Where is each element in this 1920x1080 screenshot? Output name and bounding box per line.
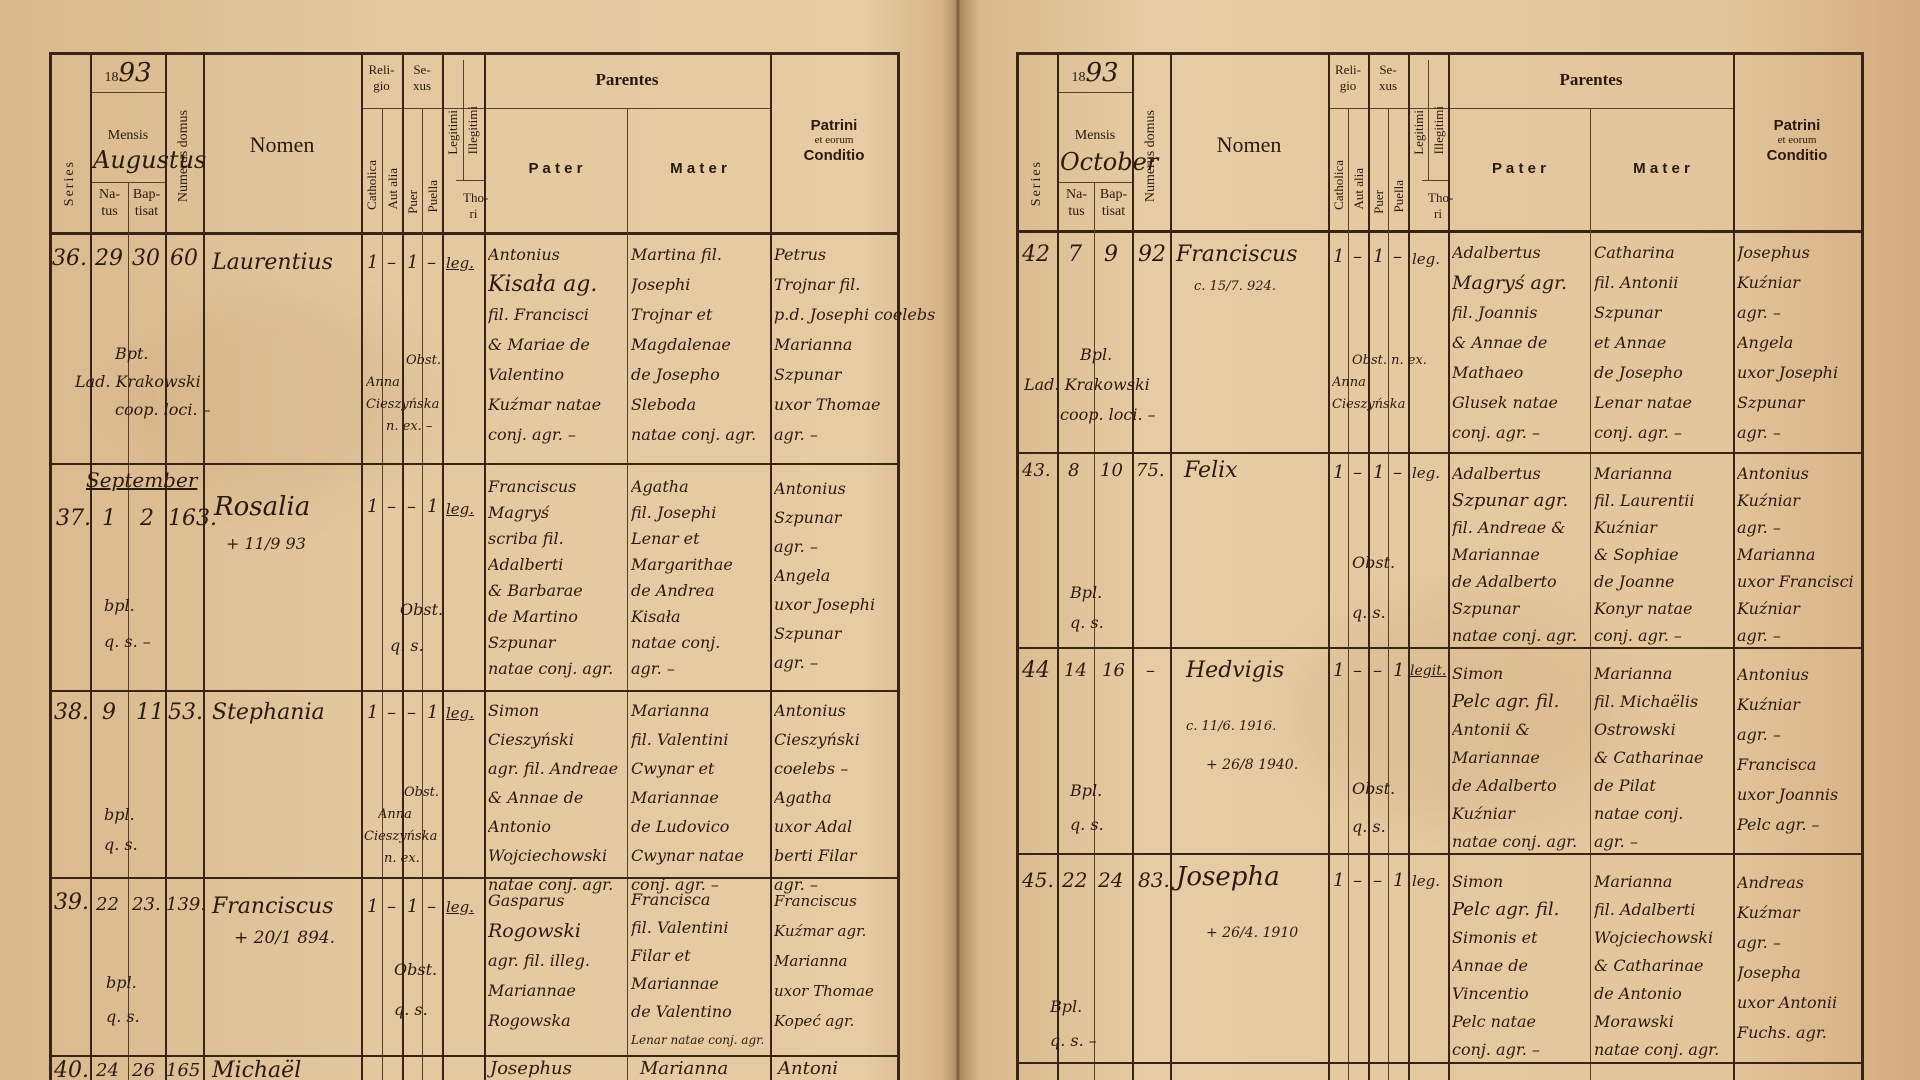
year-prefix: 18 <box>1071 70 1085 85</box>
entry-puer: 1 <box>407 898 418 916</box>
col-rule <box>1328 52 1330 1080</box>
header-mater: M a t e r <box>627 160 770 177</box>
col-rule <box>442 52 444 1080</box>
entry-mater: Catharinafil. AntoniiSzpunaret Annaede J… <box>1594 238 1692 448</box>
col-rule <box>1348 108 1349 1080</box>
header-sexus: Se-xus <box>1368 62 1408 94</box>
entry-mater: Mariannafil. ValentiniCwynar etMariannae… <box>631 696 744 899</box>
header-natus: Na-tus <box>1058 186 1095 220</box>
entry-aut-alia: – <box>1353 248 1362 266</box>
entry-patrini: AntoniusCieszyńskicoelebs –Agathauxor Ad… <box>774 696 860 899</box>
entry-catholica: 1 <box>1333 872 1344 890</box>
header-numerus-domus: Numerus domus <box>1143 110 1159 202</box>
col-rule <box>770 52 772 1080</box>
header-parentes: Parentes <box>1448 70 1734 90</box>
entry-baptizer: Bpl.Lad. Krakowskicoop. loci. – <box>1080 340 1156 430</box>
entry-puer: – <box>407 498 416 516</box>
entry-confirmation-note: c. 15/7. 924. <box>1194 280 1276 293</box>
entry-obstetrix: Obst.q. s. <box>394 950 437 1030</box>
book-gutter <box>955 0 961 1080</box>
entry-natus: 7 <box>1068 244 1082 266</box>
entry-domus: – <box>1146 662 1155 680</box>
entry-natus: 1 <box>102 508 116 530</box>
entry-baptisat: 24 <box>1098 870 1123 890</box>
entry-obstetrix: Obst. n. ex.AnnaCieszyńska <box>1332 350 1427 416</box>
entry-natus: 24 <box>96 1062 119 1080</box>
entry-puella: 1 <box>427 704 438 722</box>
entry-series: 36. <box>52 248 87 270</box>
header-illegitimi: Illegitimi <box>1431 106 1447 154</box>
col-rule <box>361 52 363 1080</box>
row-rule <box>49 877 900 879</box>
entry-mater: Mariannafil. MichaëlisOstrowski& Cathari… <box>1594 660 1703 856</box>
header-pater: P a t e r <box>1448 160 1590 177</box>
entry-baptisat: 23. <box>132 896 161 914</box>
row-rule <box>1016 452 1864 454</box>
entry-baptisat: 16 <box>1102 662 1125 680</box>
header-religio: Reli-gio <box>361 62 402 94</box>
col-rule <box>1733 52 1735 1080</box>
header-baptisat: Bap-tisat <box>1095 186 1132 220</box>
entry-baptisat: 2 <box>140 508 154 530</box>
entry-patrini: AntoniusSzpunaragr. –Angelauxor JosephiS… <box>774 474 875 677</box>
entry-death-note: + 26/8 1940. <box>1206 758 1298 772</box>
entry-puella: 1 <box>1393 872 1404 890</box>
entry-series: 43. <box>1022 462 1051 480</box>
header-aut-alia: Aut alia <box>385 168 401 210</box>
mensis-rule <box>1058 182 1132 183</box>
parentes-rule <box>1448 108 1734 109</box>
entry-aut-alia: – <box>1353 464 1362 482</box>
entry-catholica: 1 <box>367 898 378 916</box>
entry-patrini: FranciscusKuźmar agr.Mariannauxor Thomae… <box>774 886 874 1036</box>
entry-death-note: + 20/1 894. <box>234 930 335 947</box>
entry-baptizer: bpl.q. s. – <box>104 588 151 660</box>
entry-patrini: JosephusKuźniaragr. –Angelauxor JosephiS… <box>1737 238 1838 448</box>
thori-rule <box>456 180 484 181</box>
entry-patrini: AntoniusKuźniaragr. –Franciscauxor Joann… <box>1737 660 1838 840</box>
header-year: 1893 <box>91 60 165 86</box>
entry-patrini: AntoniusKuźniaragr. –Mariannauxor Franci… <box>1737 460 1854 649</box>
entry-domus: 75. <box>1136 462 1165 480</box>
entry-nomen: Rosalia <box>214 494 310 520</box>
entry-mater: Marianna <box>640 1060 728 1078</box>
header-sexus: Se-xus <box>402 62 442 94</box>
header-puella: Puella <box>1391 180 1407 213</box>
entry-puer: – <box>1373 872 1382 890</box>
entry-pater: GasparusRogowskiagr. fil. illeg.Marianna… <box>488 886 590 1036</box>
header-patrini: Patrini et eorum Conditio <box>770 118 898 163</box>
col-rule <box>382 108 383 1080</box>
entry-domus: 60 <box>170 248 198 270</box>
col-rule <box>627 108 628 1080</box>
entry-nomen: Laurentius <box>212 252 333 274</box>
entry-obstetrix: Obst.AnnaCieszyńskan. ex. <box>364 782 439 870</box>
header-parentes: Parentes <box>484 70 770 90</box>
entry-nomen: Franciscus <box>212 896 334 918</box>
entry-pater: FranciscusMagryśscriba fil.Adalberti& Ba… <box>488 474 613 682</box>
entry-domus: 163. <box>168 508 217 530</box>
header-thori: Tho-ri <box>1428 190 1448 222</box>
year-handwritten: 93 <box>118 58 151 88</box>
entry-mater: Martina fil.JosephiTrojnar etMagdalenaed… <box>631 240 768 450</box>
entry-mater: Franciscafil. ValentiniFilar etMariannae… <box>631 886 764 1054</box>
entry-pater: AdalbertusSzpunar agr.fil. Andreae &Mari… <box>1452 460 1577 649</box>
col-rule <box>463 60 464 180</box>
entry-natus: 14 <box>1064 662 1087 680</box>
month-marker-september: September <box>86 470 197 490</box>
entry-nomen: Franciscus <box>1176 244 1298 266</box>
entry-baptisat: 26 <box>132 1062 155 1080</box>
header-mensis: Mensis <box>1058 128 1132 144</box>
entry-aut-alia: – <box>1353 662 1362 680</box>
entry-patrini: AndreasKuźmaragr. –Josephauxor AntoniiFu… <box>1737 868 1837 1048</box>
entry-catholica: 1 <box>367 498 378 516</box>
header-puer: Puer <box>1371 190 1387 214</box>
header-thori: Tho-ri <box>463 190 484 222</box>
entry-domus: 165 <box>166 1062 200 1080</box>
entry-obstetrix: Obst.AnnaCieszyńskan. ex. – <box>366 350 441 438</box>
col-rule <box>1428 60 1429 180</box>
entry-nomen: Felix <box>1184 460 1238 482</box>
entry-pater: SimonCieszyńskiagr. fil. Andreae& Annae … <box>488 696 618 899</box>
header-legitimi: Legitimi <box>1411 110 1427 155</box>
entry-baptizer: bpl.q. s. <box>106 966 140 1034</box>
entry-puella: – <box>427 898 436 916</box>
entry-thori: leg. <box>1412 466 1440 481</box>
col-rule <box>1408 52 1410 1080</box>
header-illegitimi: Illegitimi <box>465 106 481 154</box>
header-catholica: Catholica <box>1331 160 1347 210</box>
entry-pater: AntoniusKisała ag.fil. Francisci& Mariae… <box>488 240 625 450</box>
header-nomen: Nomen <box>1170 132 1328 158</box>
entry-nomen: Josepha <box>1176 864 1280 890</box>
entry-thori: leg. <box>1412 874 1440 889</box>
entry-obstetrix: Obst.q. s. <box>1352 538 1395 638</box>
entry-thori: leg. <box>446 900 474 915</box>
header-bottom-rule <box>1016 230 1864 233</box>
header-catholica: Catholica <box>364 160 380 210</box>
entry-puella: – <box>427 254 436 272</box>
entry-natus: 8 <box>1068 462 1079 480</box>
entry-patrini: Antoni <box>778 1060 838 1078</box>
entry-death-note: + 26/4. 1910 <box>1206 926 1298 940</box>
header-religio: Reli-gio <box>1328 62 1368 94</box>
entry-baptizer: Bpt.Lad. Krakowskicoop. loci. – <box>115 340 211 424</box>
thori-rule <box>1422 180 1448 181</box>
entry-puer: 1 <box>1373 248 1384 266</box>
entry-aut-alia: – <box>387 898 396 916</box>
entry-confirmation-note: c. 11/6. 1916. <box>1186 720 1276 733</box>
entry-catholica: 1 <box>367 254 378 272</box>
header-baptisat: Bap-tisat <box>128 186 165 220</box>
entry-thori: leg. <box>446 502 474 517</box>
entry-series: 45. <box>1022 870 1054 890</box>
entry-mater: Mariannafil. LaurentiiKuźniar& Sophiaede… <box>1594 460 1695 649</box>
col-rule <box>484 52 486 1080</box>
entry-aut-alia: – <box>1353 872 1362 890</box>
row-rule <box>1016 853 1864 855</box>
entry-obstetrix: Obst.q. s. <box>390 592 443 664</box>
entry-series: 40. <box>54 1060 89 1080</box>
header-numerus-domus: Numerus domus <box>176 110 192 202</box>
header-patrini: Patrini et eorum Conditio <box>1733 118 1861 163</box>
entry-thori: leg. <box>446 256 474 271</box>
entry-puer: 1 <box>1373 464 1384 482</box>
entry-aut-alia: – <box>387 254 396 272</box>
year-rule <box>91 92 165 93</box>
entry-puer: – <box>1373 662 1382 680</box>
row-rule <box>49 1055 900 1057</box>
entry-baptizer: Bpl.q. s. – <box>1050 990 1097 1058</box>
entry-obstetrix: Obst.q. s. <box>1352 770 1395 846</box>
entry-series: 38. <box>54 702 89 724</box>
entry-baptizer: Bpl.q. s. <box>1070 578 1104 638</box>
entry-puella: – <box>1393 464 1402 482</box>
col-rule <box>1590 108 1591 1080</box>
col-rule <box>1132 52 1134 1080</box>
header-series: Series <box>1029 160 1045 206</box>
entry-natus: 22 <box>1062 870 1087 890</box>
entry-puer: 1 <box>407 254 418 272</box>
year-rule <box>1058 92 1132 93</box>
entry-nomen: Michaël <box>212 1060 301 1080</box>
col-rule <box>1448 52 1450 1080</box>
header-mater: M a t e r <box>1590 160 1733 177</box>
entry-series: 39. <box>54 892 89 914</box>
entry-natus: 22 <box>96 896 119 914</box>
entry-pater: Josephus <box>490 1060 572 1078</box>
entry-puer: – <box>407 704 416 722</box>
header-natus: Na-tus <box>91 186 128 220</box>
col-rule <box>203 52 205 1080</box>
header-puer: Puer <box>405 190 421 214</box>
entry-puella: 1 <box>1393 662 1404 680</box>
header-pater: P a t e r <box>484 160 627 177</box>
entry-series: 44 <box>1022 660 1050 682</box>
row-rule <box>1016 1062 1864 1064</box>
entry-natus: 9 <box>102 702 116 724</box>
entry-baptizer: bpl.q. s. <box>104 800 138 860</box>
entry-mater: Mariannafil. AdalbertiWojciechowski& Cat… <box>1594 868 1719 1064</box>
entry-aut-alia: – <box>387 704 396 722</box>
entry-domus: 139. <box>166 896 206 914</box>
header-year: 1893 <box>1058 60 1132 86</box>
entry-pater: AdalbertusMagryś agr.fil. Joannis& Annae… <box>1452 238 1567 448</box>
entry-baptisat: 30 <box>132 248 160 270</box>
entry-puella: 1 <box>427 498 438 516</box>
entry-domus: 92 <box>1138 244 1166 266</box>
entry-catholica: 1 <box>1333 248 1344 266</box>
header-mensis: Mensis <box>91 128 165 144</box>
entry-patrini: PetrusTrojnar fil.p.d. Josephi coelebsMa… <box>774 240 935 450</box>
entry-thori: leg. <box>1412 252 1440 267</box>
entry-domus: 53. <box>168 702 203 724</box>
entry-nomen: Hedvigis <box>1186 660 1284 682</box>
col-rule <box>1170 52 1172 1080</box>
header-legitimi: Legitimi <box>445 110 461 155</box>
entry-catholica: 1 <box>1333 662 1344 680</box>
entry-death-note: + 11/9 93 <box>226 536 306 552</box>
entry-natus: 29 <box>95 248 123 270</box>
entry-thori: leg. <box>446 706 474 721</box>
entry-nomen: Stephania <box>212 702 325 724</box>
entry-baptisat: 11 <box>136 702 164 724</box>
entry-pater: SimonPelc agr. fil.Simonis etAnnae deVin… <box>1452 868 1559 1064</box>
header-aut-alia: Aut alia <box>1351 168 1367 210</box>
entry-puella: – <box>1393 248 1402 266</box>
entry-pater: SimonPelc agr. fil.Antonii &Mariannaede … <box>1452 660 1577 856</box>
header-series: Series <box>62 160 78 206</box>
entry-baptisat: 9 <box>1104 244 1118 266</box>
entry-domus: 83. <box>1138 870 1170 890</box>
row-rule <box>49 690 900 692</box>
row-rule <box>49 463 900 465</box>
year-prefix: 18 <box>104 70 118 85</box>
entry-baptizer: Bpl.q. s. <box>1070 774 1104 842</box>
entry-catholica: 1 <box>1333 464 1344 482</box>
entry-catholica: 1 <box>367 704 378 722</box>
col-rule <box>165 52 167 1080</box>
entry-mater: Agathafil. JosephiLenar etMargarithaede … <box>631 474 733 682</box>
entry-series: 42 <box>1022 244 1050 266</box>
entry-baptisat: 10 <box>1100 462 1123 480</box>
header-nomen: Nomen <box>203 132 361 158</box>
header-puella: Puella <box>425 180 441 213</box>
header-bottom-rule <box>49 232 900 235</box>
entry-series: 37. <box>56 508 91 530</box>
entry-aut-alia: – <box>387 498 396 516</box>
col-rule <box>402 52 404 1080</box>
year-handwritten: 93 <box>1085 58 1118 88</box>
entry-thori: legit. <box>1410 664 1446 678</box>
